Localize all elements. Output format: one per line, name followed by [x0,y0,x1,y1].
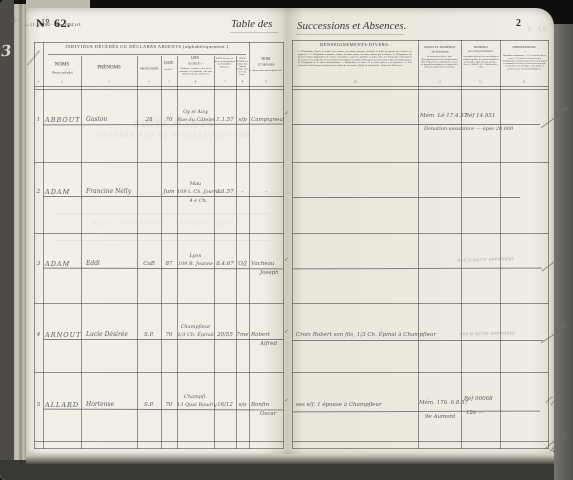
lieu-top-cell: Lyon [177,253,214,259]
col-acte-header: DATE de l'acte de décès ou du jugement d… [214,57,236,94]
col-epoux-note-text: de l'époux survivant ou prédécédé. [249,69,283,72]
col-number: 6 [188,80,203,83]
epoux-cell: Bonfin [251,402,269,408]
form-reference-text: — (1. 612082 - Mars 1954.) O. [25,22,145,27]
epoux2-cell: Joseph [260,270,279,276]
profession-cell: S.P. [137,332,161,338]
row-number: 4 [34,332,43,338]
col-lieu-sub-text: DU DÉCÈS — [177,62,214,65]
epoux-cell: – [249,189,283,195]
col-dates-note-text: de succession, dans ce legs. Renseigneme… [420,55,459,68]
fold-checkmark: ✓ [284,397,289,404]
no-assets-stamp-text: PAS D'ACTIF APPARENT [457,330,519,336]
col-acte-header-text: DATE de l'acte de décès ou du jugement d… [214,57,236,68]
col-number: 1 [37,80,41,83]
renvoi-cell: 7me [236,332,249,338]
col-epoux-note: de l'époux survivant ou prédécédé. [249,69,283,78]
fold-checkmark: ✓ [284,110,289,117]
col-dates-sub-text: des déclarations [418,50,461,53]
col-numero-sub-text: DE L'ENREGISTREMENT [461,50,500,53]
col-numero-note: ou mention générale des successions en m… [462,55,499,103]
col-number: 3 [98,80,120,83]
col-number: 10 [330,80,380,83]
lieu-top-cell: Champfl. [177,394,214,400]
col-noms-title: NOMS [43,62,81,67]
book-cover-left [0,0,14,480]
epoux-cell: Campigneul [251,117,285,123]
profession-cell: 28 [137,117,161,123]
entry-baseline [43,196,283,197]
col-lieu-title: LIEU [177,56,214,60]
nom-cell: ALLARD [45,401,79,409]
lieu-sub-cell: 4 e Ch. [180,198,217,204]
col-prenoms-header: PRÉNOMS [81,65,137,75]
col-noms-subheader: (Ne pas confondre.) [43,71,81,80]
right-rens-title: RENSEIGNEMENTS DIVERS. [292,42,418,47]
col-numero-title: NUMÉRO [461,45,500,49]
faint-stamp-mark: U 59 [528,27,548,33]
form-reference: — (1. 612082 - Mars 1954.) O. [85,22,205,32]
nom-cell: ADAM [45,188,70,196]
date-acte-cell: 1.1.57 [214,117,236,123]
title-underline-left [230,32,278,33]
scanned-register-photo: 3 -1- N° 62. — (1. 612082 - Mars 1954.) … [0,0,573,480]
col-number: 5 [166,80,172,83]
date-acte-cell: 1.1.57 [214,189,236,195]
col-professions-title: PROFESSIONS [137,67,161,70]
col-obs-note-text: Mentionner notamment : 1° Les renvois fa… [502,54,546,70]
lieu-top-cell: Gy s/ Aisy [177,109,214,115]
fold-checkmark: ✓ [284,328,289,335]
no-assets-stamp: PAS D'ACTIF APPARENT [455,256,517,268]
epoux2-cell: Alfred [260,341,277,347]
left-group-header-text: INDIVIDUS DÉCÉDÉS OU DÉCLARÉS ABSENTS (a… [48,44,246,49]
col-number: 11 [431,80,448,83]
col-obs-dash-text: — [500,50,548,53]
profession-cell: S.P. [137,402,161,408]
col-professions-header: PROFESSIONS [137,67,161,76]
date-acte-cell: 8.4.67 [214,261,236,267]
col-number: 2 [54,80,69,83]
col-number: 8 [240,80,245,83]
renseignements-note-cell: ses e/f. 1 épouse à Champfleur [296,402,382,408]
col-noms-sub-text: (Ne pas confondre.) [43,71,81,74]
prenoms-cell: Hortense [86,401,114,408]
epoux2-cell: Oscar [260,411,276,417]
lieu-cell: 13 Quai Baudry [177,402,214,408]
left-group-header: INDIVIDUS DÉCÉDÉS OU DÉCLARÉS ABSENTS (a… [48,44,246,54]
col-epoux-title: NOM [249,57,283,61]
col-number: 12 [473,80,489,83]
prenoms-cell: Gaston [86,116,107,123]
row-number: 1 [34,117,43,123]
date-deces-cell: 70 [161,332,177,338]
declaration-date2-cell: 9e Aumont [425,414,455,420]
left-column-numbers: 1 2 3 4 5 6 7 8 9 [34,80,283,88]
date-deces-cell: Juin [161,189,177,195]
entry-baseline [292,124,540,125]
col-date-title: DATE [161,61,177,65]
page-title-left: Table des [231,18,272,30]
prenoms-cell: Francine Nelly [86,188,131,195]
col-number: 7 [221,80,230,83]
enregistrement-numero2-cell: 12e — [466,410,484,416]
right-rens-note-text: 1° Désignation, d'après la notice de la … [298,50,412,67]
col-prenoms-title: PRÉNOMS [81,65,137,70]
row-number: 3 [34,261,43,267]
col-obs-title: OBSERVATIONS [500,45,548,49]
entry-baseline [43,339,283,340]
lieu-top-cell: Champfleur [177,324,214,330]
col-dates-title: DATES ET NUMÉROS [418,45,461,49]
right-column-numbers: 10 11 12 13 [292,80,548,88]
pencil-page-mark: -1- [10,16,19,24]
col-suivre-header-text: POUR SUIVRE à la même table l'absent déc… [236,57,249,76]
nom-cell: ADAM [45,260,70,268]
enregistrement-numero-cell: Réf 14.951 [465,113,495,119]
renvoi-cell: – [236,189,249,195]
row-number: 2 [34,189,43,195]
nom-cell: ARNOUT [45,331,81,339]
date-deces-cell: 70 [161,402,177,408]
col-number: 13 [514,80,533,83]
epoux-cell: Robert [251,332,270,338]
no-assets-stamp-text: PAS D'ACTIF APPARENT [455,256,517,263]
prenoms-cell: Eddi [86,260,100,267]
declaration-date-cell: Mém. Lé 17.4.57 [420,113,467,119]
col-suivre-header: POUR SUIVRE à la même table l'absent déc… [236,57,249,124]
prenoms-cell: Lucie Désirée [86,331,128,338]
renseignements-note-cell: Croix Robert son fils, 1/3 Ch. Épinal à … [296,332,436,338]
col-epoux-sub-text: ET PRÉNOMS [249,63,283,66]
spine-margin-number: 3 [0,42,12,61]
row-number: 5 [34,402,43,408]
lieu-cell: 1/3 Ch. Épinal [177,332,214,338]
renvoi-cell: s/o [236,402,249,408]
lieu-cell: 109 t. Ch. Journal [177,189,214,195]
col-numero-note-text: ou mention générale des successions en m… [462,55,499,68]
enregistrement-numero-cell: Réf 00068 [464,396,493,402]
declaration-note-cell: Donation assurance — épse 20.000 [424,126,513,132]
col-dates-note: de succession, dans ce legs. Renseigneme… [420,55,459,103]
date-deces-cell: 70 [161,117,177,123]
page-number: 2 [516,18,521,29]
title-underline-right [296,34,404,35]
date-acte-cell: 20/55 [214,332,236,338]
book-cover-right [554,0,573,480]
no-assets-stamp: PAS D'ACTIF APPARENT [457,330,519,341]
col-date-subheader: du décès. [161,68,177,77]
lieu-top-cell: Mau [177,181,214,187]
page-title-right: Successions et Absences. [297,20,406,32]
col-number: 4 [144,80,154,83]
epoux-cell: Vacheau [251,261,274,267]
profession-cell: CaB [137,261,161,267]
entry-baseline [292,197,520,198]
lieu-cell: 109 R. Jeanne [177,261,214,267]
renvoi-cell: O/J [236,261,249,267]
nom-cell: ABBOUT [45,116,81,124]
page-stack-left-edge [14,4,26,474]
date-acte-cell: 16/12 [214,402,236,408]
lieu-cell: Rue du Câtelet [177,117,214,123]
fold-checkmark: ✓ [284,256,289,263]
col-number: 9 [259,80,273,83]
col-date-sub-text: du décès. [161,68,177,71]
renvoi-cell: s/p [236,117,249,123]
date-deces-cell: 87 [161,261,177,267]
declaration-date-cell: Mém. 176. 6.8.57 [419,400,468,406]
col-lieu-note-text: (Indiquer, en outre, le lieu de la naiss… [177,67,214,75]
